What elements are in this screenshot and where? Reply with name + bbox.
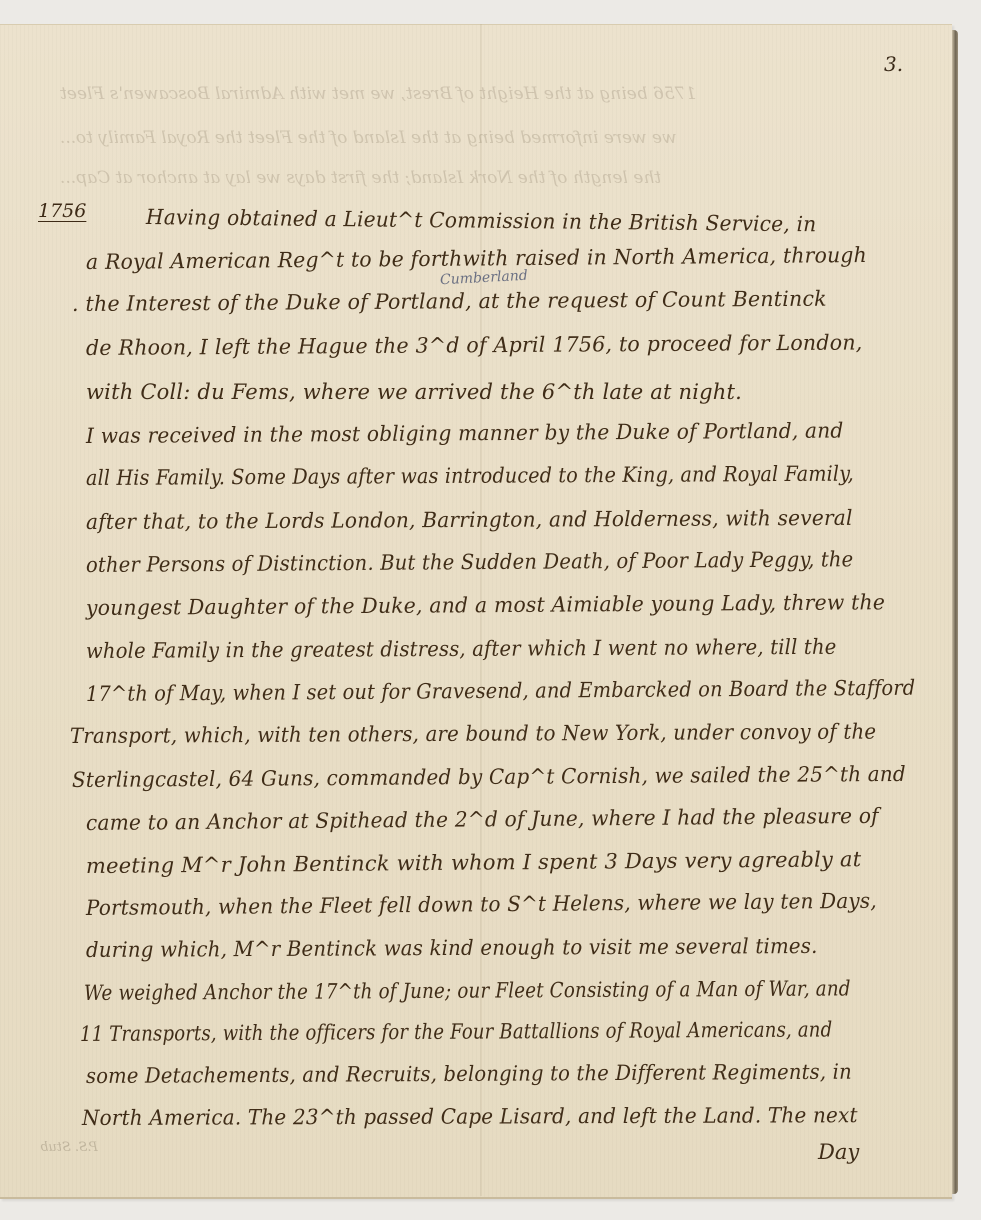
manuscript-line: some Detachements, and Recruits, belongi… bbox=[86, 1060, 852, 1088]
bleed-through-line: the length of the Nork Island; the first… bbox=[60, 168, 661, 188]
manuscript-line: We weighed Anchor the 17^th of June; our… bbox=[84, 976, 851, 1005]
page-number: 3. bbox=[884, 52, 903, 76]
manuscript-line: after that, to the Lords London, Barring… bbox=[86, 506, 853, 534]
manuscript-line: Transport, which, with ten others, are b… bbox=[70, 720, 876, 748]
bleed-through-line: 1756 being at the Height of Brest, we me… bbox=[60, 84, 696, 104]
manuscript-line: all His Family. Some Days after was intr… bbox=[86, 462, 854, 490]
manuscript-line: 11 Transports, with the officers for the… bbox=[80, 1017, 832, 1046]
page-edge-binding bbox=[952, 30, 958, 1194]
margin-note-bleed: P.S. Stub bbox=[40, 1140, 98, 1155]
catchword: Day bbox=[818, 1140, 859, 1164]
manuscript-line: with Coll: du Fems, where we arrived the… bbox=[86, 380, 742, 404]
manuscript-line: during which, M^r Bentinck was kind enou… bbox=[86, 934, 818, 962]
manuscript-line: whole Family in the greatest distress, a… bbox=[86, 635, 837, 663]
manuscript-line: North America. The 23^th passed Cape Lis… bbox=[82, 1103, 858, 1130]
bleed-through-line: we were informed being at the Island of … bbox=[60, 128, 677, 148]
margin-year: 1756 bbox=[38, 200, 86, 222]
